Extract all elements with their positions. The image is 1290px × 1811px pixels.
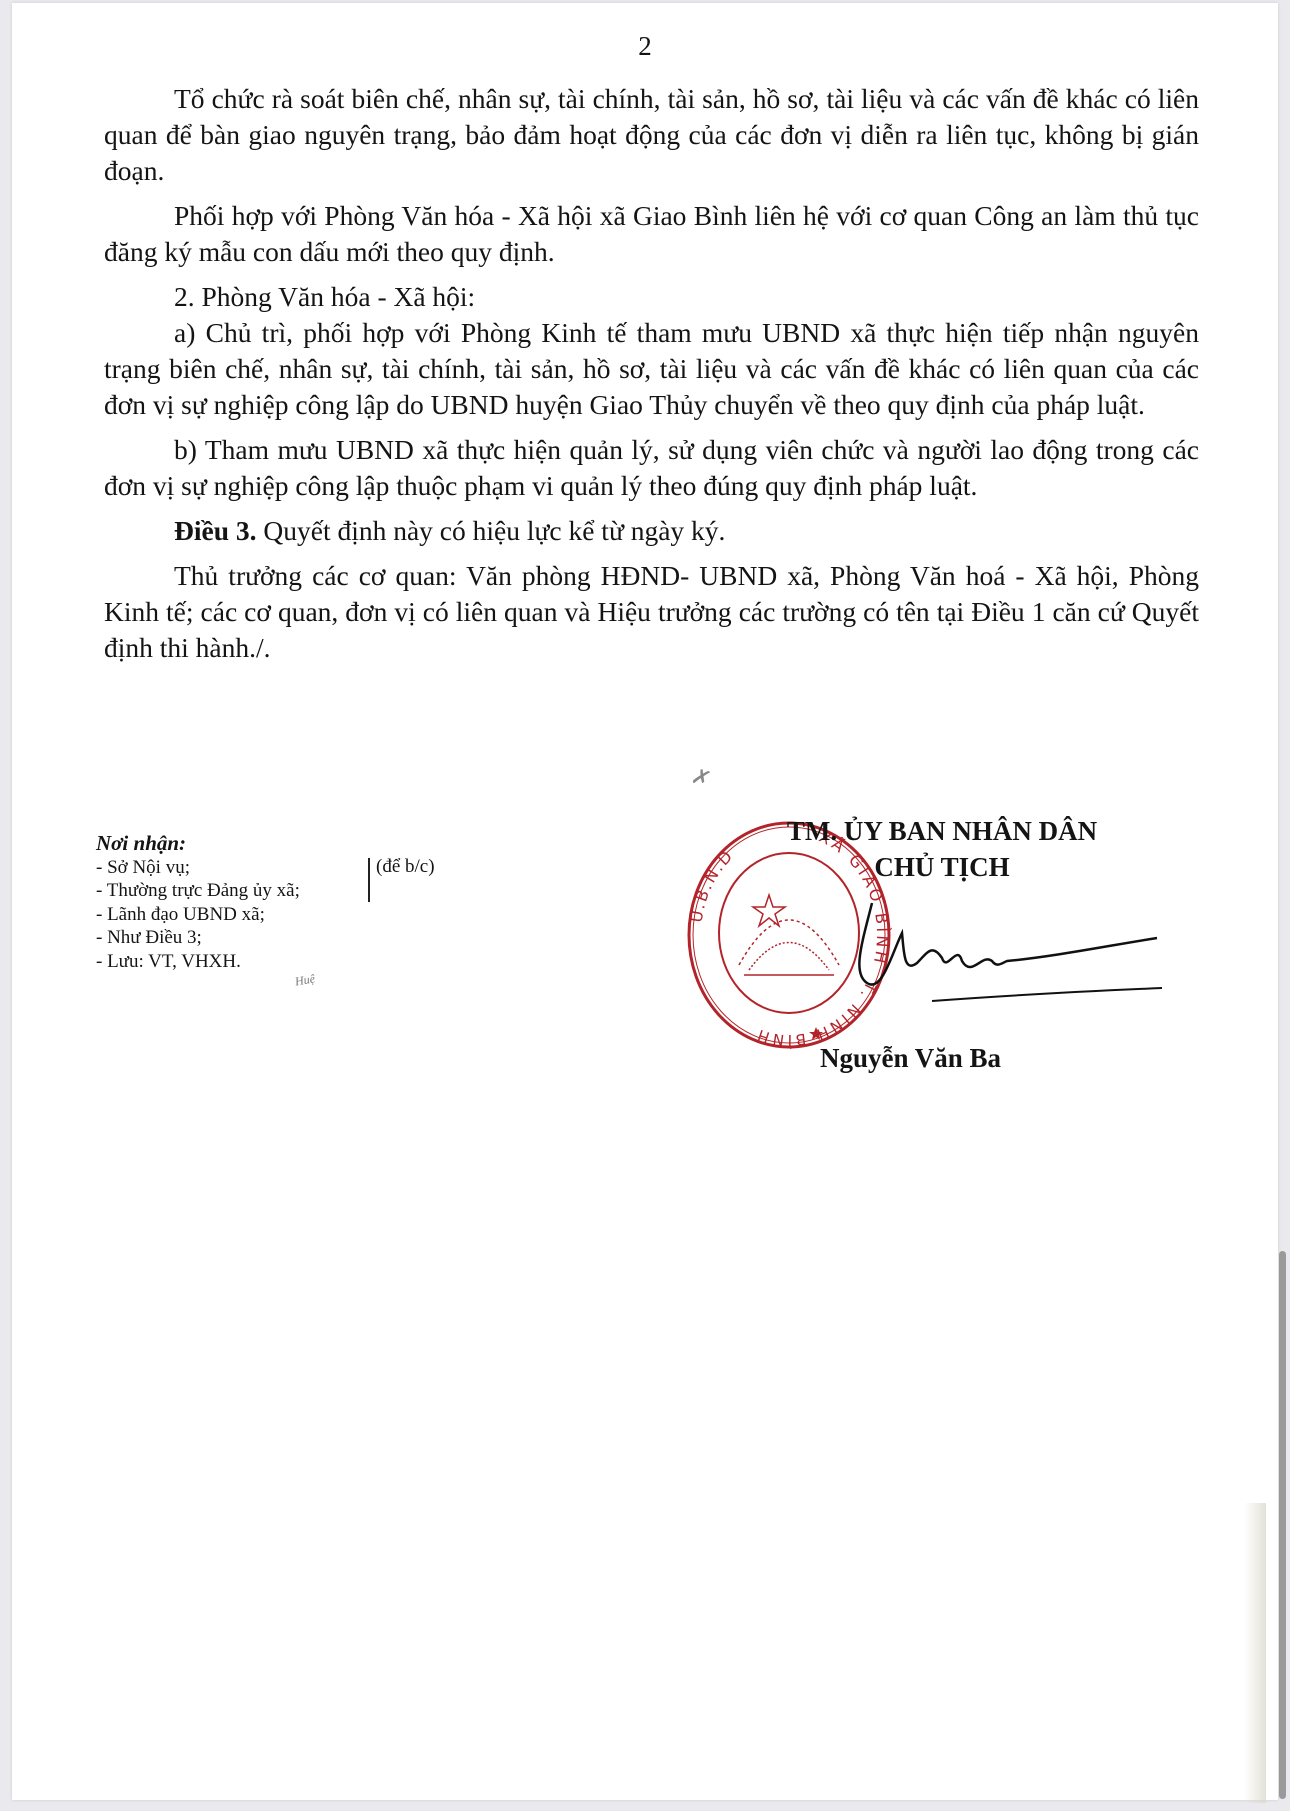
section-heading-culture-social: 2. Phòng Văn hóa - Xã hội:	[104, 279, 1199, 315]
signing-authority: TM. ỦY BAN NHÂN DÂN	[717, 813, 1167, 849]
signature-block: TM. ỦY BAN NHÂN DÂN CHỦ TỊCH	[717, 813, 1167, 885]
recipient-item: - Lãnh đạo UBND xã;	[96, 903, 300, 927]
paragraph-handover: Tổ chức rà soát biên chế, nhân sự, tài c…	[104, 81, 1199, 189]
article-3-label: Điều 3.	[174, 515, 257, 546]
page-number: 2	[12, 31, 1278, 62]
recipient-item: - Lưu: VT, VHXH.	[96, 950, 300, 974]
closing-paragraph: Thủ trưởng các cơ quan: Văn phòng HĐND- …	[104, 558, 1199, 666]
recipient-item: - Như Điều 3;	[96, 926, 300, 950]
recipients-title: Nơi nhận:	[96, 832, 300, 856]
bracket-note: (để b/c)	[376, 855, 435, 879]
signer-position: CHỦ TỊCH	[717, 849, 1167, 885]
recipients-block: Nơi nhận: - Sở Nội vụ; - Thường trực Đản…	[96, 832, 300, 973]
paragraph-seal-registration: Phối hợp với Phòng Văn hóa - Xã hội xã G…	[104, 198, 1199, 270]
pen-mark-icon: ✗	[688, 763, 714, 794]
handwritten-signature-icon	[832, 883, 1162, 1023]
recipient-item: - Sở Nội vụ;	[96, 856, 300, 880]
article-3-text: Quyết định này có hiệu lực kể từ ngày ký…	[257, 515, 726, 546]
paragraph-item-a: a) Chủ trì, phối hợp với Phòng Kinh tế t…	[104, 315, 1199, 423]
handwritten-initials: Huệ	[294, 971, 316, 989]
article-3: Điều 3. Quyết định này có hiệu lực kể từ…	[104, 513, 1199, 549]
paragraph-item-b: b) Tham mưu UBND xã thực hiện quản lý, s…	[104, 432, 1199, 504]
bracket-divider	[368, 858, 370, 902]
vertical-scrollbar[interactable]	[1279, 1251, 1286, 1799]
signer-name: Nguyễn Văn Ba	[820, 1043, 1001, 1074]
document-body: Tổ chức rà soát biên chế, nhân sự, tài c…	[104, 81, 1199, 666]
recipient-item: - Thường trực Đảng ủy xã;	[96, 879, 300, 903]
page-edge-shadow	[1244, 1503, 1266, 1803]
document-page: 2 Tổ chức rà soát biên chế, nhân sự, tài…	[12, 3, 1278, 1800]
